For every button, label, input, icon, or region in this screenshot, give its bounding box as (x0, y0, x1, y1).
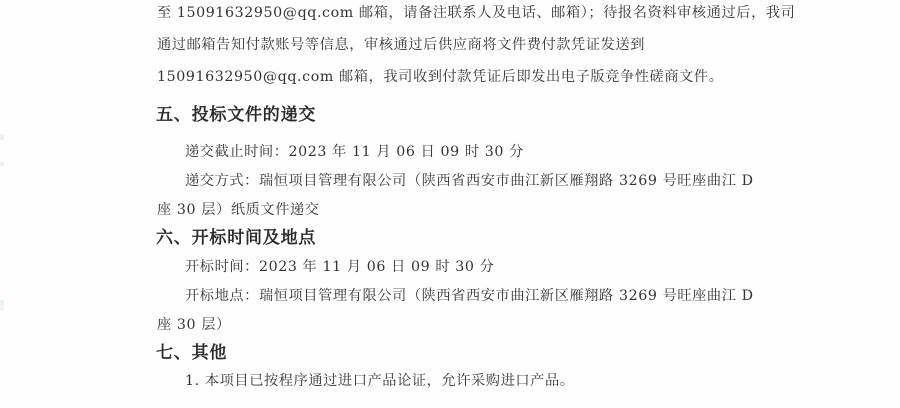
opening-place: 开标地点：瑞恒项目管理有限公司（陕西省西安市曲江新区雁翔路 3269 号旺座曲江… (185, 287, 754, 305)
submission-method: 递交方式：瑞恒项目管理有限公司（陕西省西安市曲江新区雁翔路 3269 号旺座曲江… (185, 172, 754, 190)
scan-edge-mark (0, 300, 4, 310)
opening-place-cont: 座 30 层） (157, 316, 231, 334)
document-page: 至 15091632950@qq.com 邮箱，请备注联系人及电话、邮箱）；待报… (0, 0, 900, 408)
opening-time: 开标时间：2023 年 11 月 06 日 09 时 30 分 (185, 258, 494, 276)
section-heading-other: 七、其他 (156, 342, 227, 364)
paragraph-line: 至 15091632950@qq.com 邮箱，请备注联系人及电话、邮箱）；待报… (157, 4, 795, 22)
paragraph-line: 通过邮箱告知付款账号等信息，审核通过后供应商将文件费付款凭证发送到 (157, 36, 645, 54)
scan-edge-mark (0, 134, 4, 140)
section-heading-bid-submission: 五、投标文件的递交 (156, 104, 316, 126)
submission-method-cont: 座 30 层）纸质文件递交 (157, 201, 320, 219)
paragraph-line: 15091632950@qq.com 邮箱，我司收到付款凭证后即发出电子版竞争性… (157, 68, 723, 86)
scan-edge-mark (0, 162, 4, 166)
section-heading-opening-time-place: 六、开标时间及地点 (156, 227, 316, 249)
other-item-1: 1. 本项目已按程序通过进口产品论证，允许采购进口产品。 (185, 372, 575, 390)
submission-deadline: 递交截止时间：2023 年 11 月 06 日 09 时 30 分 (185, 143, 524, 161)
